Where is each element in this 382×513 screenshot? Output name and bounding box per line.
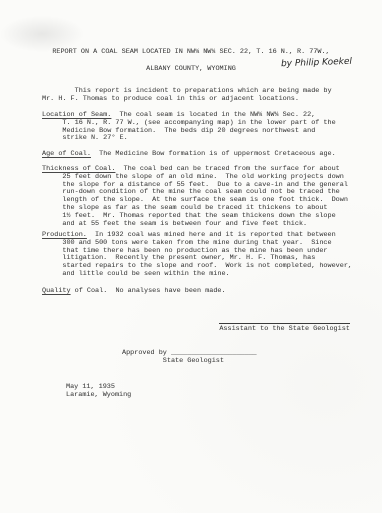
section-location-of-seam: Location of Seam. The coal seam is locat…: [42, 112, 336, 143]
signature-block: Assistant to the State Geologist: [203, 315, 350, 341]
report-title-line-1: REPORT ON A COAL SEAM LOCATED IN NW¼ NW¼…: [0, 49, 382, 57]
section-heading: Location of Seam.: [42, 111, 111, 119]
section-heading: Age of Coal.: [42, 150, 91, 158]
section-heading: Production.: [42, 231, 87, 239]
section-heading: Quality: [42, 287, 71, 295]
section-heading: Thickness of Coal.: [42, 165, 115, 173]
section-body: In 1932 coal was mined here and it is re…: [42, 231, 352, 278]
signature-title: Assistant to the State Geologist: [219, 323, 350, 334]
section-body: No analyses have been made.: [107, 287, 225, 295]
section-body: The coal bed can be traced from the surf…: [42, 165, 348, 228]
section-body: The Medicine Bow formation is of uppermo…: [91, 150, 336, 158]
document-page: REPORT ON A COAL SEAM LOCATED IN NW¼ NW¼…: [0, 0, 382, 513]
section-quality-of-coal: Quality of Coal. No analyses have been m…: [42, 288, 226, 296]
section-thickness-of-coal: Thickness of Coal. The coal bed can be t…: [42, 166, 348, 228]
approved-by-block: Approved by _____________________ State …: [122, 350, 257, 366]
section-production: Production. In 1932 coal was mined here …: [42, 232, 352, 279]
section-heading-rest: of Coal.: [71, 287, 108, 295]
intro-paragraph: This report is incident to preparations …: [42, 88, 332, 104]
section-age-of-coal: Age of Coal. The Medicine Bow formation …: [42, 151, 336, 159]
date-place-block: May 11, 1935 Laramie, Wyoming: [66, 384, 131, 400]
